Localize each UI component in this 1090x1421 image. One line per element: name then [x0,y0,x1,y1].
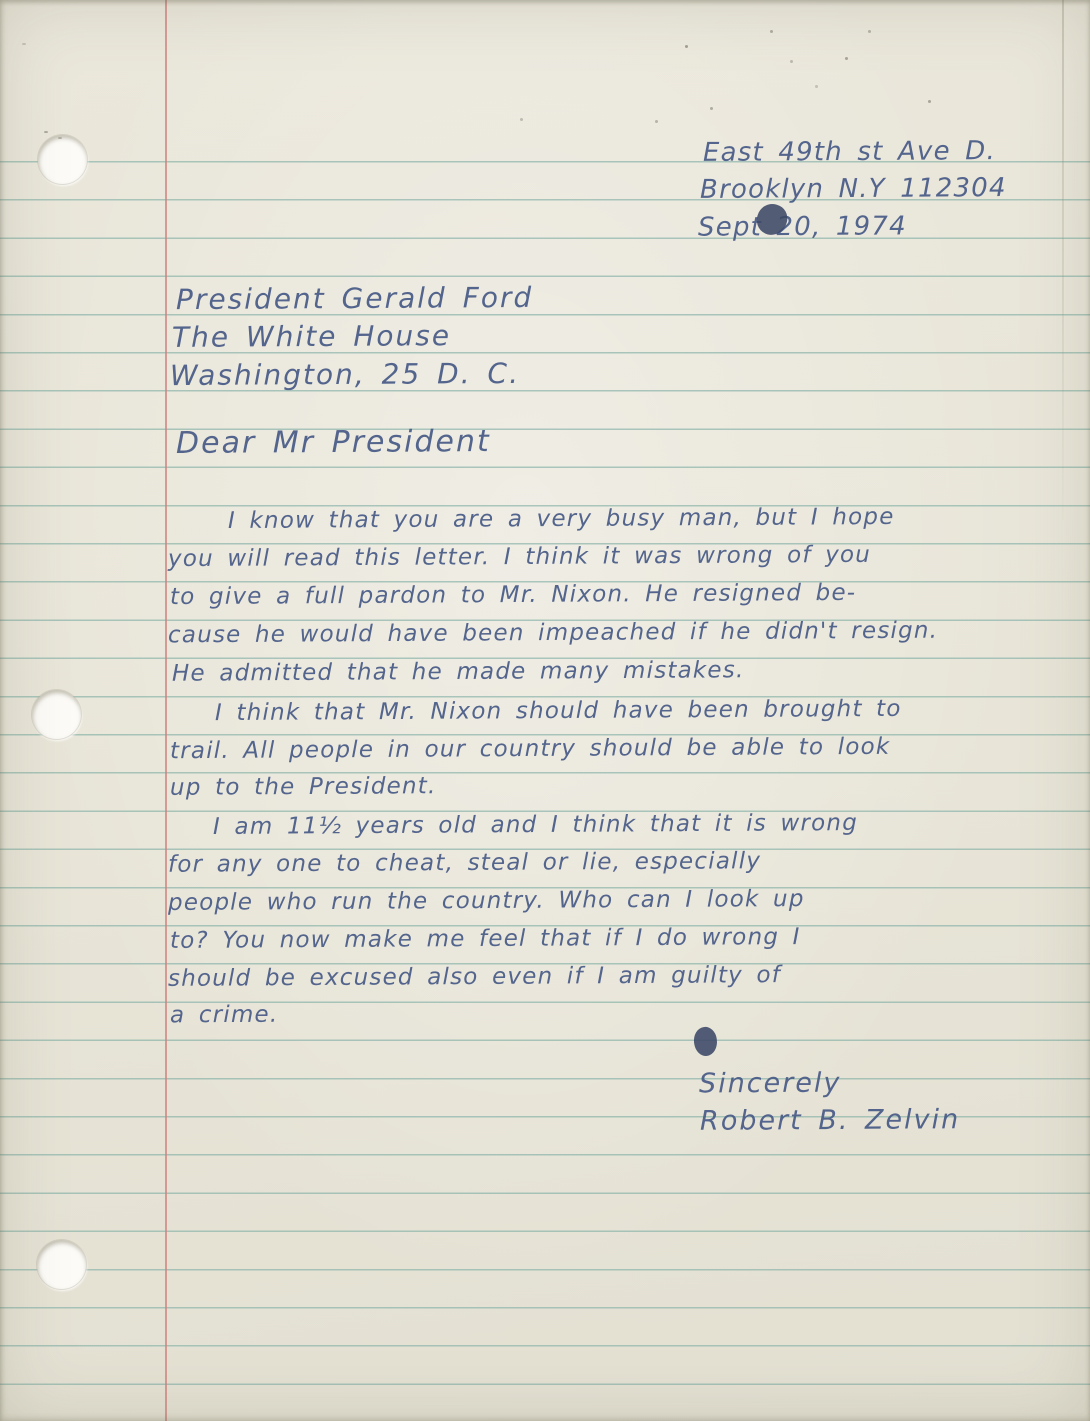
sender-address-line: Brooklyn N.Y 112304 [700,173,1007,205]
body-line: I am 11½ years old and I think that it i… [213,810,858,840]
body-line: for any one to cheat, steal or lie, espe… [168,848,761,878]
sender-address-line: East 49th st Ave D. [703,136,996,168]
letter-date: Sept 20, 1974 [698,211,907,242]
body-line: up to the President. [170,773,437,801]
body-line: should be excused also even if I am guil… [168,962,781,992]
salutation: Dear Mr President [176,424,491,461]
body-line: people who run the country. Who can I lo… [168,886,805,916]
pencil-speckles [685,45,688,48]
body-line: cause he would have been impeached if he… [168,618,938,649]
body-line: I think that Mr. Nixon should have been … [215,696,902,726]
body-line: to give a full pardon to Mr. Nixon. He r… [170,580,856,610]
recipient-line: President Gerald Ford [176,281,533,316]
body-line: I know that you are a very busy man, but… [228,504,895,534]
closing: Sincerely [699,1068,842,1100]
body-line: He admitted that he made many mistakes. [172,657,745,686]
body-line: a crime. [170,1002,279,1029]
signature: Robert B. Zelvin [700,1104,960,1137]
ruled-lines [0,161,1090,1421]
punch-hole-bottom [37,1240,86,1289]
paper-crease [1062,0,1064,520]
punch-hole-top [38,135,87,184]
body-line: you will read this letter. I think it wa… [168,542,871,572]
body-line: to? You now make me feel that if I do wr… [170,924,801,954]
body-line: trail. All people in our country should … [170,734,891,764]
margin-line [165,0,167,1421]
recipient-line: Washington, 25 D. C. [170,357,520,392]
punch-hole-middle [32,690,81,739]
recipient-line: The White House [172,319,451,354]
stray-marks [44,131,48,133]
notebook-paper-page: East 49th st Ave D. Brooklyn N.Y 112304 … [0,0,1090,1421]
